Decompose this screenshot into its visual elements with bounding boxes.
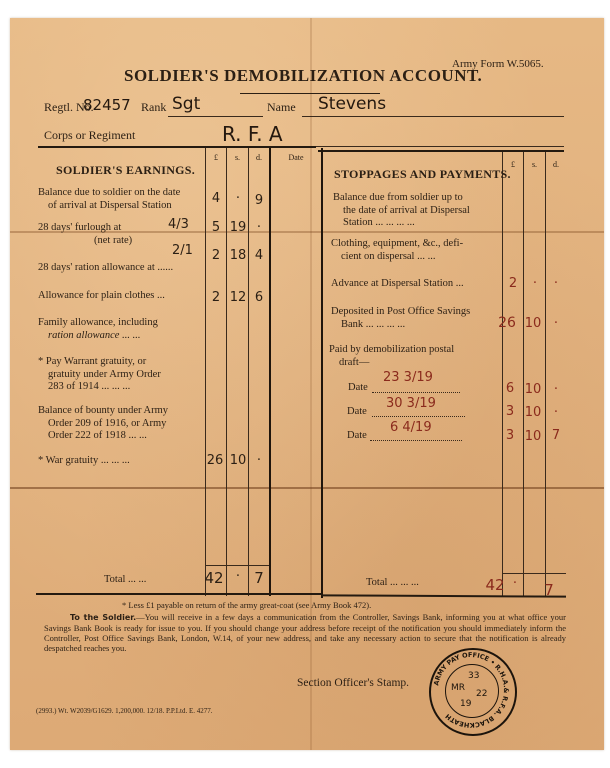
footnote-great-coat: * Less £1 payable on return of the army …: [122, 600, 371, 610]
amount-shillings: ·: [526, 276, 544, 291]
notice-to-soldier: To the Soldier.—You will receive in a fe…: [44, 612, 566, 653]
draft-date-dotted-rule: [372, 392, 460, 394]
earnings-item-balance: Balance due to soldier on the date of ar…: [38, 187, 200, 212]
paper-fold-lower: [10, 487, 604, 489]
army-pay-office-postmark: ARMY PAY OFFICE • R.H.A.& R.F.A. BLACKHE…: [429, 648, 517, 736]
amount-pounds: 5: [208, 220, 224, 235]
amount-pounds: 2: [208, 290, 224, 305]
amount-shillings: 10: [522, 382, 544, 397]
regtl-no-value: 82457: [83, 96, 131, 114]
col-line: [502, 152, 503, 596]
earnings-total-pounds: 42: [203, 569, 225, 587]
amount-pence: ·: [548, 382, 564, 397]
draft-date-label: Date: [347, 430, 367, 443]
postmark-year: 19: [460, 699, 471, 709]
ration-rate: 2/1: [172, 243, 193, 258]
amount-pounds: 6: [499, 381, 521, 396]
amount-pounds: 26: [204, 453, 226, 468]
earnings-total-label: Total ... ...: [104, 574, 146, 587]
amount-pounds: 26: [494, 315, 520, 331]
col-header-pence: d.: [249, 153, 269, 162]
amount-shillings: 10: [522, 405, 544, 420]
amount-shillings: 10: [522, 429, 544, 444]
rank-label: Rank: [141, 100, 166, 115]
print-line: (2993.) Wt. W2039/G1629. 1,200,000. 12/1…: [36, 707, 213, 715]
draft-date-label: Date: [348, 382, 368, 395]
amount-pence: ·: [548, 276, 564, 291]
stoppages-total-pounds: 42: [483, 576, 507, 594]
notice-heading: To the Soldier.: [44, 613, 136, 622]
amount-pence: 4: [251, 248, 267, 263]
postmark-month: MR: [451, 683, 465, 693]
earnings-item-ration: 28 days' ration allowance at ......: [38, 262, 200, 275]
amount-shillings: 19: [229, 220, 247, 235]
col-line: [248, 148, 249, 596]
corps-label: Corps or Regiment: [44, 128, 135, 143]
table-top-rule-right: [318, 150, 564, 152]
postmark-inner-circle: 33 MR 22 19: [445, 664, 499, 718]
amount-shillings: 18: [229, 248, 247, 263]
center-divider: [321, 148, 323, 598]
amount-pence: ·: [251, 453, 267, 468]
col-line-date: [269, 148, 271, 596]
amount-pence: 9: [251, 193, 267, 208]
stoppages-item-savings-bank: Deposited in Post Office Savings Bank ..…: [331, 306, 496, 331]
col-header-pence-right: d.: [546, 160, 566, 169]
name-label: Name: [267, 100, 296, 115]
amount-pounds: 3: [499, 404, 521, 419]
name-value: Stevens: [318, 94, 386, 114]
col-header-pounds: £: [206, 153, 226, 162]
rank-rule: [168, 116, 263, 117]
earnings-item-pay-warrant: * Pay Warrant gratuity, or gratuity unde…: [38, 356, 200, 394]
section-officer-stamp-label: Section Officer's Stamp.: [297, 677, 409, 689]
earnings-item-plain-clothes: Allowance for plain clothes ...: [38, 290, 200, 303]
draft-date-dotted-rule: [372, 416, 465, 418]
col-header-shillings-right: s.: [524, 160, 545, 169]
amount-shillings: 10: [522, 316, 544, 331]
stoppages-item-clothing: Clothing, equipment, &c., defi- cient on…: [331, 238, 496, 263]
col-line: [545, 152, 546, 596]
total-rule-left: [205, 565, 269, 566]
draft-date-value: 23 3/19: [383, 370, 433, 385]
amount-pounds: 2: [505, 276, 521, 291]
amount-shillings: ·: [229, 191, 247, 206]
amount-shillings: 12: [229, 290, 247, 305]
amount-pence: 7: [548, 428, 564, 443]
stoppages-title: STOPPAGES AND PAYMENTS.: [334, 167, 511, 182]
earnings-total-shillings: ·: [229, 569, 247, 584]
earnings-total-pence: 7: [251, 569, 267, 587]
col-line: [205, 148, 206, 596]
table-bottom-rule-left: [36, 593, 321, 595]
amount-pence: ·: [548, 405, 564, 420]
draft-date-value: 6 4/19: [390, 420, 432, 435]
stoppages-postal-draft: Paid by demobilization postal draft—: [329, 344, 494, 369]
stoppages-item-balance: Balance due from soldier up to the date …: [333, 192, 498, 230]
amount-pence: ·: [251, 220, 267, 235]
earnings-title: SOLDIER'S EARNINGS.: [56, 163, 195, 178]
total-rule-right: [502, 573, 566, 574]
earnings-item-bounty: Balance of bounty under Army Order 209 o…: [38, 405, 200, 443]
rank-value: Sgt: [172, 94, 200, 114]
amount-pounds: 3: [499, 428, 521, 443]
amount-pence: ·: [548, 316, 564, 331]
stoppages-item-advance: Advance at Dispersal Station ...: [331, 278, 496, 291]
col-header-shillings: s.: [227, 153, 248, 162]
draft-date-label: Date: [347, 406, 367, 419]
corps-value: R. F. A: [222, 122, 283, 146]
table-top-rule-left: [38, 146, 316, 148]
earnings-item-war-gratuity: * War gratuity ... ... ...: [38, 455, 200, 468]
draft-date-value: 30 3/19: [386, 396, 436, 411]
amount-pounds: 2: [208, 248, 224, 263]
postmark-day: 22: [476, 689, 487, 699]
postmark-number: 33: [468, 671, 479, 681]
name-rule: [302, 116, 564, 117]
col-line: [226, 148, 227, 596]
stoppages-total-shillings: ·: [508, 576, 522, 591]
amount-pounds: 4: [208, 191, 224, 206]
draft-date-dotted-rule: [370, 440, 462, 442]
furlough-rate: 4/3: [168, 217, 189, 232]
col-line: [523, 152, 524, 596]
amount-pence: 6: [251, 290, 267, 305]
form-title: SOLDIER'S DEMOBILIZATION ACCOUNT.: [124, 66, 482, 86]
earnings-item-family-allowance: Family allowance, including ration allow…: [38, 317, 200, 342]
col-header-date: Date: [272, 153, 320, 162]
amount-shillings: 10: [229, 453, 247, 468]
stoppages-total-label: Total ... ... ...: [366, 577, 419, 590]
